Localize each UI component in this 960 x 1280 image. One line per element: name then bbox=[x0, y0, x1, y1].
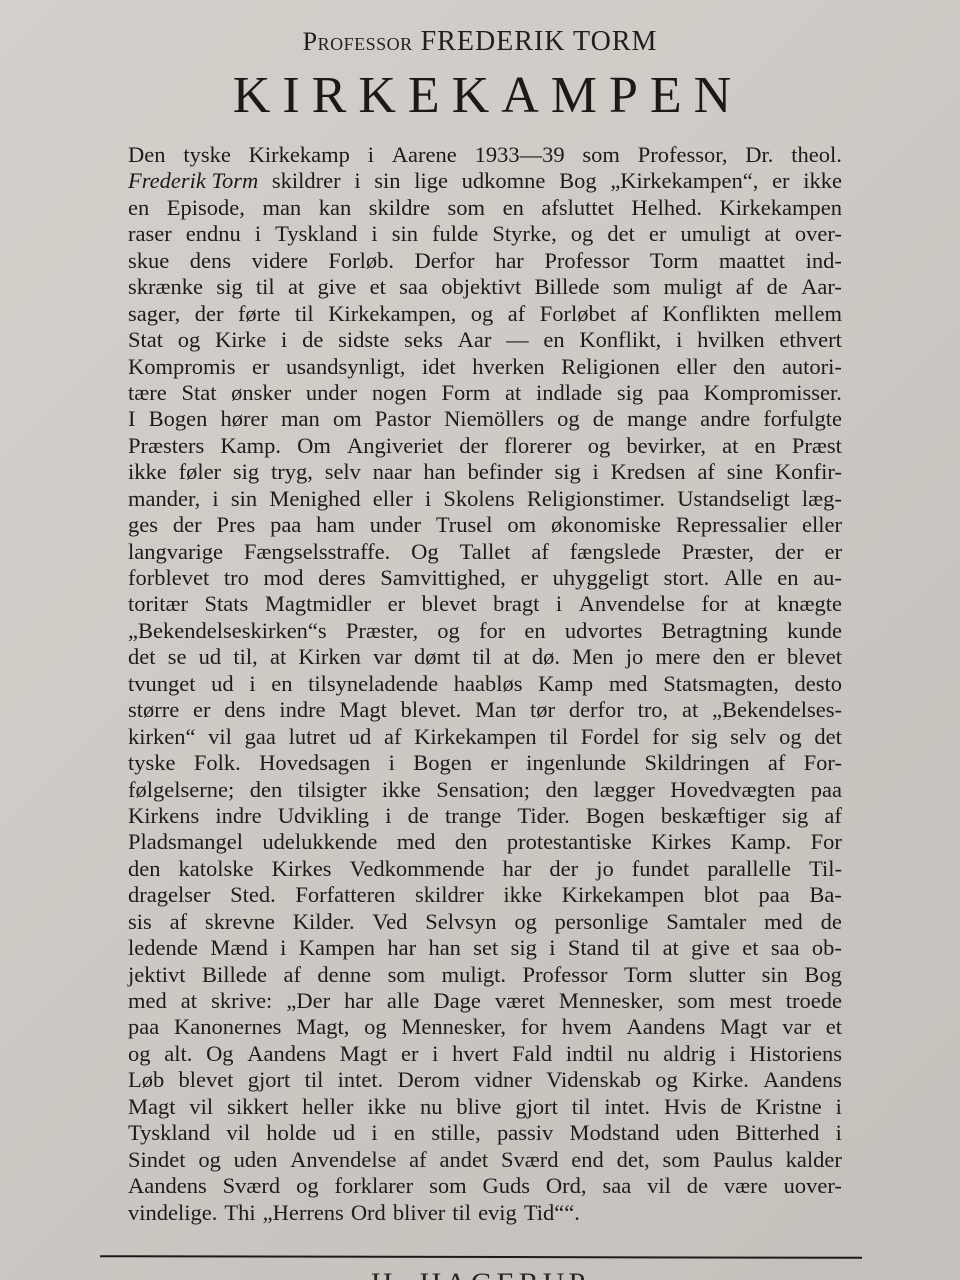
text-line: toritærStatsMagtmidlererblevetbragtiAnve… bbox=[128, 591, 842, 617]
text-line: denkatolskeKirkesVedkommendeharderjofund… bbox=[128, 856, 842, 882]
text-line: paaKanonernesMagt,ogMennesker,forhvemAan… bbox=[128, 1014, 842, 1040]
text-line: StatogKirkeidesidsteseksAar—enKonflikt,i… bbox=[128, 327, 842, 353]
text-line: mander,isinMenighedelleriSkolensReligion… bbox=[128, 486, 842, 512]
text-line: vindelige.Thi„HerrensOrdblivertilevigTid… bbox=[128, 1200, 842, 1226]
text-line: gesderPrespaahamunderTruselomøkonomiskeR… bbox=[128, 512, 842, 538]
text-line: Frederik TormskildrerisinligeudkomneBog„… bbox=[128, 168, 842, 194]
author-name: FREDERIK TORM bbox=[421, 26, 658, 57]
text-line: AandensSværdogforklarersomGudsOrd,saavil… bbox=[128, 1173, 842, 1199]
text-line: KirkensindreUdviklingidetrangeTider.Boge… bbox=[128, 803, 842, 829]
text-line: skuedensvidereForløb.DerforharProfessorT… bbox=[128, 248, 842, 274]
book-title: KIRKEKAMPEN bbox=[0, 66, 960, 125]
text-line: tæreStatønskerundernogenFormatindladesig… bbox=[128, 380, 842, 406]
text-line: ledendeMændiKampenharhansetsigiStandtila… bbox=[128, 935, 842, 961]
text-line: ogalt.OgAandensMagterihvertFaldindtilnua… bbox=[128, 1041, 842, 1067]
text-line: størreerdensindreMagtblevet.Mantørderfor… bbox=[128, 697, 842, 723]
text-line: PræstersKamp.OmAngiverietderflorererogbe… bbox=[128, 433, 842, 459]
text-line: IBogenhørermanomPastorNiemöllersogdemang… bbox=[128, 406, 842, 432]
text-line: sager,derførtetilKirkekampen,ogafForløbe… bbox=[128, 301, 842, 327]
divider-rule bbox=[100, 1255, 862, 1259]
text-line: Pladsmangeludelukkendemeddenprotestantis… bbox=[128, 829, 842, 855]
author-prefix: Professor bbox=[303, 27, 413, 56]
text-line: sisafskrevneKilder.VedSelvsynogpersonlig… bbox=[128, 909, 842, 935]
text-line: jektivtBilledeafdennesommuligt.Professor… bbox=[128, 962, 842, 988]
blurb-text: DentyskeKirkekampiAarene1933—39somProfes… bbox=[128, 142, 842, 1226]
publisher-line-partial: H. HAGERUP bbox=[0, 1267, 960, 1280]
text-line: ikkefølersigtryg,selvnaarhanbefindersigi… bbox=[128, 459, 842, 485]
text-line: forblevettromodderesSamvittighed,eruhygg… bbox=[128, 565, 842, 591]
text-line: DentyskeKirkekampiAarene1933—39somProfes… bbox=[128, 142, 842, 168]
book-jacket-page: Professor FREDERIK TORM KIRKEKAMPEN Dent… bbox=[0, 0, 960, 1280]
text-line: Løbblevetgjorttilintet.DeromvidnerVidens… bbox=[128, 1067, 842, 1093]
text-line: SindetogudenAnvendelseafandetSværdenddet… bbox=[128, 1147, 842, 1173]
text-line: Kompromiserusandsynligt,idethverkenRelig… bbox=[128, 354, 842, 380]
text-line: langvarigeFængselsstraffe.OgTalletaffæng… bbox=[128, 539, 842, 565]
text-line: medatskrive:„DerharalleDageværetMenneske… bbox=[128, 988, 842, 1014]
text-line: enEpisode,mankanskildresomenafsluttetHel… bbox=[128, 195, 842, 221]
text-line: „Bekendelseskirken“sPræster,ogforenudvor… bbox=[128, 618, 842, 644]
author-line: Professor FREDERIK TORM bbox=[0, 26, 960, 58]
text-line: tyskeFolk.HovedsageniBogeneringenlundeSk… bbox=[128, 750, 842, 776]
text-line: Tysklandvilholdeudienstille,passivModsta… bbox=[128, 1120, 842, 1146]
text-line: detseudtil,atKirkenvardømttilatdø.Menjom… bbox=[128, 644, 842, 670]
text-line: kirken“vilgaalutretudafKirkekampentilFor… bbox=[128, 724, 842, 750]
text-line: raserendnuiTysklandisinfuldeStyrke,ogdet… bbox=[128, 221, 842, 247]
text-line: Magtvilsikkerthellerikkenublivegjorttili… bbox=[128, 1094, 842, 1120]
italic-author-name: Frederik Torm bbox=[128, 168, 258, 194]
text-line: skrænkesigtilatgiveetsaaobjektivtBillede… bbox=[128, 274, 842, 300]
text-line: tvungetudientilsyneladendehaabløsKampmed… bbox=[128, 671, 842, 697]
text-line: følgelserne;dentilsigterikkeSensation;de… bbox=[128, 777, 842, 803]
text-line: dragelserSted.ForfatterenskildrerikkeKir… bbox=[128, 882, 842, 908]
